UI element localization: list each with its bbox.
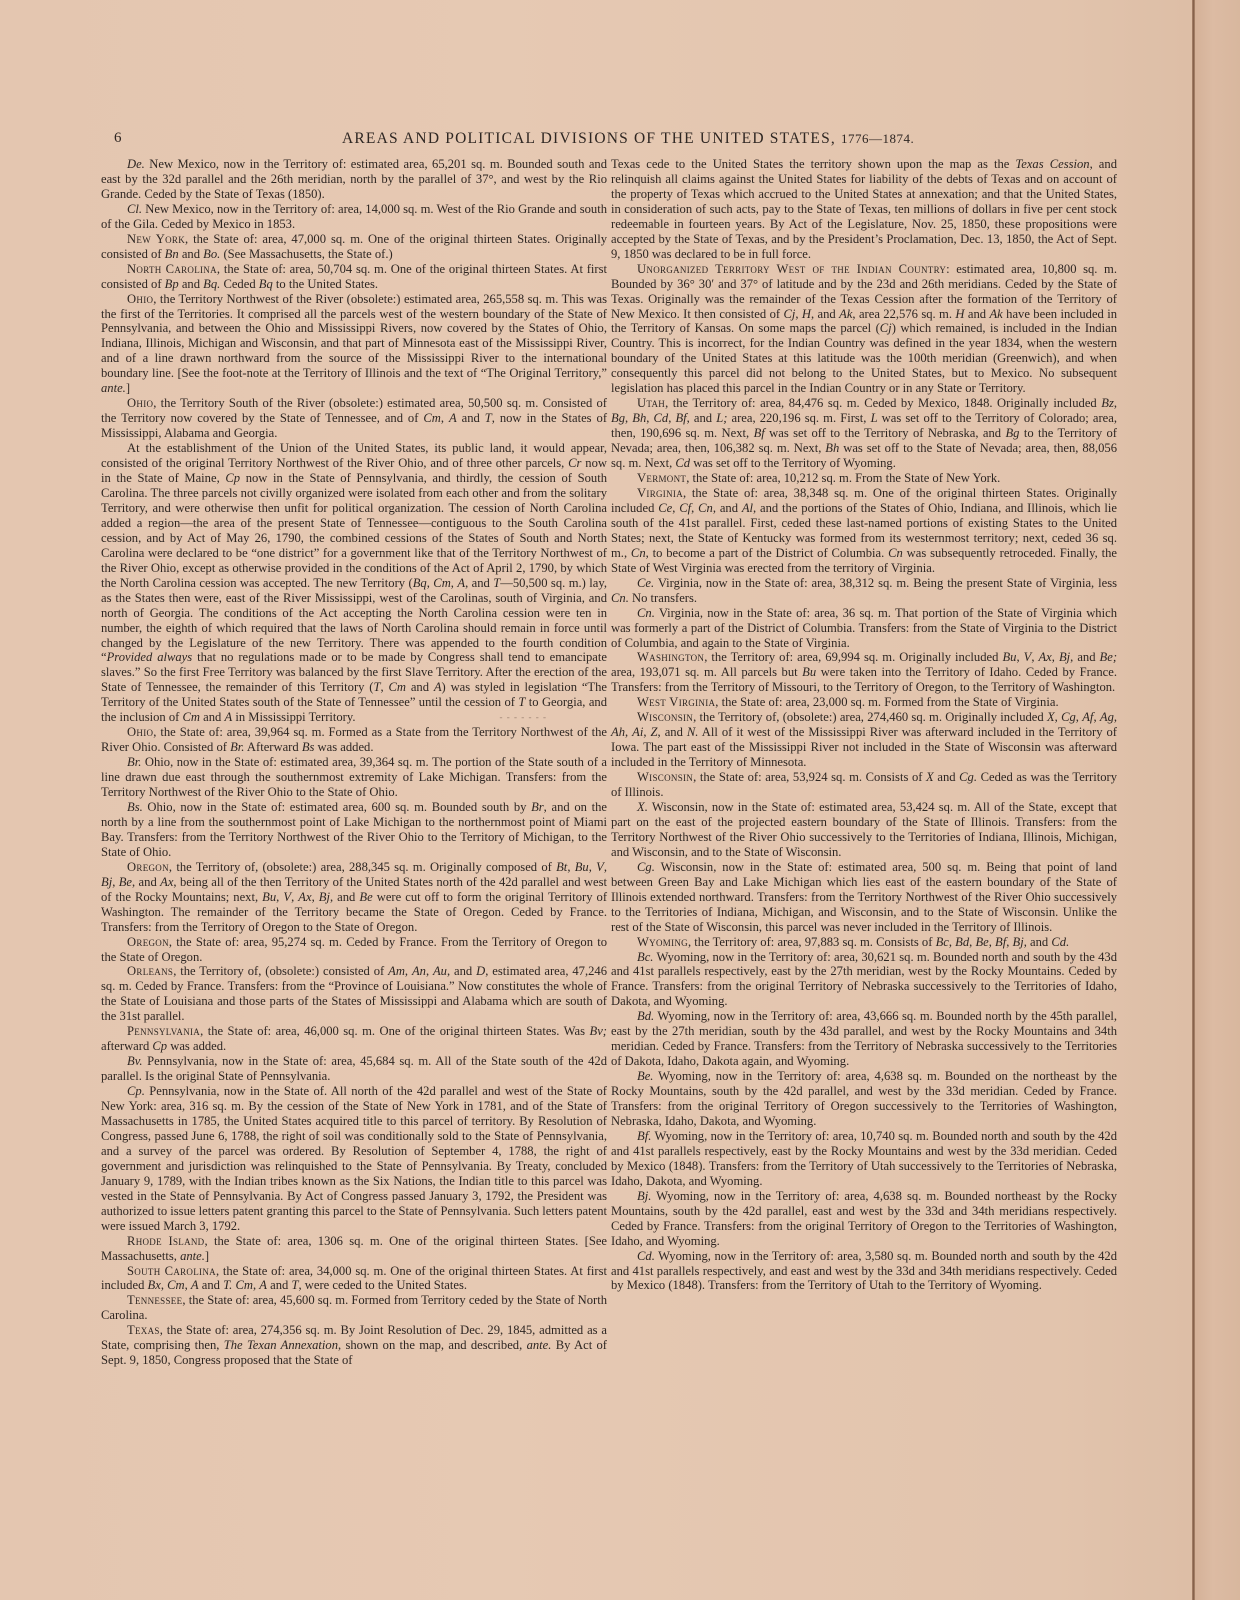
- entry-oregon-state: Oregon, the State of: area, 95,274 sq. m…: [101, 935, 607, 965]
- parcel-label: Provided always: [107, 650, 193, 664]
- parcel-label: Cd: [654, 411, 669, 425]
- page-title: AREAS AND POLITICAL DIVISIONS OF THE UNI…: [342, 130, 914, 148]
- entry-ohio-territory-northwest: Ohio, the Territory Northwest of the Riv…: [101, 292, 607, 397]
- entry-text: Wisconsin, now in the State of: estimate…: [611, 800, 1117, 859]
- page-number: 6: [114, 130, 122, 147]
- parcel-label: D: [476, 964, 485, 978]
- parcel-label: Cj: [783, 307, 795, 321]
- entry-west-virginia-state: West Virginia, the State of: area, 23,00…: [611, 695, 1117, 710]
- entry-heading: Utah: [637, 396, 665, 410]
- entry-text: , the Territory of, (obsolete:) area, 27…: [693, 710, 1047, 724]
- entry-bd-wyoming: Bd. Wyoming, now in the Territory of: ar…: [611, 1009, 1117, 1069]
- entry-text: Ohio, now in the State of: estimated are…: [101, 755, 607, 799]
- entry-text: Wyoming, now in the Territory of: area, …: [611, 1069, 1117, 1128]
- entry-text: and: [267, 1278, 291, 1292]
- entry-text: , the Territory of, (obsolete:) area, 28…: [169, 860, 556, 874]
- parcel-label: The Texan Annexation: [224, 1338, 338, 1352]
- parcel-label: V: [283, 890, 291, 904]
- entry-text: New Mexico, now in the Territory of: are…: [101, 202, 607, 231]
- entry-cg-wisconsin: Cg. Wisconsin, now in the State of: esti…: [611, 860, 1117, 935]
- parcel-label: Af: [1082, 710, 1093, 724]
- entry-text: ,: [646, 411, 653, 425]
- entry-text: ,: [643, 725, 650, 739]
- parcel-label: Cn: [888, 546, 903, 560]
- entry-ce-virginia: Ce. Virginia, now in the State of: area,…: [611, 576, 1117, 606]
- parcel-label: Ax: [298, 890, 311, 904]
- entry-text: and: [965, 307, 990, 321]
- entry-text: , and: [330, 890, 359, 904]
- parcel-label: Cp: [225, 471, 240, 485]
- entry-cl-new-mexico: Cl. New Mexico, now in the Territory of:…: [101, 202, 607, 232]
- parcel-label: L: [871, 411, 878, 425]
- parcel-label: Cm: [183, 710, 201, 724]
- entry-text: now in the State of Pennsylvania, and th…: [101, 471, 607, 590]
- parcel-label: Bf: [995, 935, 1006, 949]
- entry-text: and: [200, 710, 224, 724]
- parcel-label: Bv;: [590, 1024, 607, 1038]
- entry-bv-pennsylvania: Bv. Pennsylvania, now in the State of: a…: [101, 1054, 607, 1084]
- parcel-label: X: [1047, 710, 1055, 724]
- parcel-label: Bp: [165, 277, 179, 291]
- parcel-label: Cn.: [637, 606, 655, 620]
- parcel-label: X.: [637, 800, 648, 814]
- entry-text: was added.: [167, 1039, 226, 1053]
- parcel-label: Ce.: [637, 576, 654, 590]
- parcel-label: Bd: [955, 935, 969, 949]
- entry-text: , and: [1070, 650, 1099, 664]
- parcel-label: Bj.: [637, 1189, 651, 1203]
- parcel-label: Br.: [127, 755, 141, 769]
- entry-ohio-territory-south: Ohio, the Territory South of the River (…: [101, 396, 607, 441]
- entry-texas-state-continued: Texas cede to the United States the terr…: [611, 157, 1117, 262]
- entry-texas-state: Texas, the State of: area, 274,356 sq. m…: [101, 1323, 607, 1368]
- parcel-label: Bf: [675, 411, 686, 425]
- entry-text: Ceded: [220, 277, 258, 291]
- entry-text: , the State of: area, 10,212 sq. m. From…: [686, 471, 1000, 485]
- parcel-label: Be;: [1100, 650, 1117, 664]
- entry-text: , and: [687, 411, 717, 425]
- parcel-label: Cj: [880, 321, 892, 335]
- parcel-label: Bj: [319, 890, 330, 904]
- entry-text: , the Territory Northwest of the River (…: [101, 292, 607, 381]
- parcel-label: Bj: [1013, 935, 1024, 949]
- entry-heading: Oregon: [127, 935, 169, 949]
- parcel-label: ante.: [101, 381, 126, 395]
- entry-heading: Vermont: [637, 471, 686, 485]
- parcel-label: Bx: [148, 1278, 161, 1292]
- parcel-label: Cm: [167, 1278, 185, 1292]
- entry-heading: South Carolina: [127, 1264, 216, 1278]
- parcel-label: Cm: [388, 680, 406, 694]
- parcel-label: H: [802, 307, 811, 321]
- parcel-label: Bq: [259, 277, 273, 291]
- entry-rhode-island-state: Rhode Island, the State of: area, 1306 s…: [101, 1234, 607, 1264]
- entry-bc-wyoming: Bc. Wyoming, now in the Territory of: ar…: [611, 950, 1117, 1010]
- parcel-label: Bu: [262, 890, 276, 904]
- entry-text: Ohio, now in the State of: estimated are…: [143, 800, 531, 814]
- parcel-label: Bh: [825, 441, 839, 455]
- entry-text: , and relinquish all claims against the …: [611, 157, 1117, 261]
- entry-text: Wyoming, now in the Territory of: area, …: [611, 1249, 1117, 1293]
- entry-bj-wyoming: Bj. Wyoming, now in the Territory of: ar…: [611, 1189, 1117, 1249]
- parcel-label: Ax: [160, 875, 173, 889]
- parcel-label: T: [485, 411, 492, 425]
- parcel-label: Cp.: [127, 1084, 145, 1098]
- entry-text: ]: [126, 381, 130, 395]
- parcel-label: Be.: [637, 1069, 653, 1083]
- parcel-label: Cd.: [637, 1249, 655, 1263]
- parcel-label: H: [955, 307, 964, 321]
- parcel-label: Cn.: [611, 591, 629, 605]
- parcel-label: Bh: [632, 411, 646, 425]
- entry-text: ]: [205, 1249, 209, 1263]
- entry-washington-territory: Washington, the Territory of: area, 69,9…: [611, 650, 1117, 695]
- parcel-label: ante.: [180, 1249, 205, 1263]
- entry-oregon-territory: Oregon, the Territory of, (obsolete:) ar…: [101, 860, 607, 935]
- parcel-label: Cg.: [637, 860, 655, 874]
- facing-page-edge: [1195, 0, 1240, 1600]
- parcel-label: Bq.: [203, 277, 220, 291]
- parcel-label: Bs: [302, 740, 315, 754]
- parcel-label: V: [596, 860, 604, 874]
- entry-text: , the Territory of, (obsolete:) consiste…: [173, 964, 388, 978]
- entry-br-ohio: Br. Ohio, now in the State of: estimated…: [101, 755, 607, 800]
- entry-heading: Wisconsin: [637, 770, 693, 784]
- parcel-label: Bt: [556, 860, 567, 874]
- parcel-label: Au: [433, 964, 447, 978]
- page-title-text: AREAS AND POLITICAL DIVISIONS OF THE UNI…: [342, 130, 836, 147]
- entry-heading: Texas: [127, 1323, 160, 1337]
- entry-text: , shown on the map, and described,: [338, 1338, 527, 1352]
- entry-text: Afterward: [244, 740, 301, 754]
- parcel-label: Ai: [632, 725, 643, 739]
- entry-heading: Pennsylvania: [127, 1024, 200, 1038]
- entry-text: afterward: [101, 1039, 152, 1053]
- parcel-label: Bo.: [203, 247, 220, 261]
- right-column: Texas cede to the United States the terr…: [611, 157, 1117, 1293]
- parcel-label: Bv.: [127, 1054, 143, 1068]
- entry-heading: Oregon: [127, 860, 169, 874]
- entry-text: No transfers.: [629, 591, 697, 605]
- entry-text: Wyoming, now in the Territory of: area, …: [611, 1189, 1117, 1248]
- parcel-label: Bu: [575, 860, 589, 874]
- parcel-label: Be: [359, 890, 372, 904]
- book-page: 6 AREAS AND POLITICAL DIVISIONS OF THE U…: [0, 0, 1240, 1600]
- entry-cn-virginia: Cn. Virginia, now in the State of: area,…: [611, 606, 1117, 651]
- entry-text: , and: [811, 307, 839, 321]
- entry-virginia-state: Virginia, the State of: area, 38,348 sq.…: [611, 486, 1117, 576]
- parcel-label: T.: [223, 1278, 232, 1292]
- parcel-label: Cl.: [127, 202, 142, 216]
- running-head: 6 AREAS AND POLITICAL DIVISIONS OF THE U…: [104, 130, 1116, 150]
- parcel-label: Bz: [1101, 396, 1114, 410]
- parcel-label: An: [412, 964, 426, 978]
- entry-text: Wisconsin, now in the State of: estimate…: [611, 860, 1117, 934]
- entry-text: , and: [1024, 935, 1052, 949]
- parcel-label: N.: [687, 725, 699, 739]
- parcel-label: Br: [531, 800, 544, 814]
- entry-new-york-state: New York, the State of: area, 47,000 sq.…: [101, 232, 607, 262]
- entry-heading: Ohio: [127, 396, 153, 410]
- entry-text: Wyoming, now in the Territory of: area, …: [611, 950, 1117, 1009]
- parcel-label: Ax: [1038, 650, 1051, 664]
- parcel-label: Ah: [611, 725, 625, 739]
- entry-heading: Rhode Island: [127, 1234, 205, 1248]
- entry-establishment-of-union: At the establishment of the Union of the…: [101, 441, 607, 725]
- entry-be-wyoming: Be. Wyoming, now in the Territory of: ar…: [611, 1069, 1117, 1129]
- entry-heading: Tennessee: [127, 1293, 182, 1307]
- parcel-label: Cf: [679, 501, 691, 515]
- entry-heading: New York: [127, 232, 185, 246]
- parcel-label: Bd.: [637, 1009, 654, 1023]
- parcel-label: Cr: [568, 456, 581, 470]
- entry-text: ,: [426, 964, 433, 978]
- parcel-label: Bf.: [637, 1129, 651, 1143]
- entry-unorganized-territory: Unorganized Territory West of the Indian…: [611, 262, 1117, 397]
- entry-text: ,: [604, 860, 607, 874]
- parcel-label: Cm: [433, 576, 451, 590]
- entry-text: , the State of: area, 23,000 sq. m. Form…: [715, 695, 1058, 709]
- parcel-label: Bu: [1002, 650, 1016, 664]
- entry-heading: Ohio: [127, 725, 153, 739]
- entry-cd-wyoming: Cd. Wyoming, now in the Territory of: ar…: [611, 1249, 1117, 1294]
- entry-text: At the establishment of the Union of the…: [101, 441, 607, 470]
- parcel-label: Texas Cession: [1015, 157, 1089, 171]
- parcel-label: Cm: [235, 1278, 253, 1292]
- entry-text: and: [179, 277, 203, 291]
- entry-wisconsin-state: Wisconsin, the State of: area, 53,924 sq…: [611, 770, 1117, 800]
- entry-text: , were ceded to the United States.: [298, 1278, 467, 1292]
- entry-text: (See Massachusetts, the State of.): [220, 247, 392, 261]
- entry-heading: Virginia: [637, 486, 683, 500]
- entry-text: , and: [465, 576, 493, 590]
- entry-text: , and: [713, 501, 742, 515]
- entry-heading: Ohio: [127, 292, 153, 306]
- entry-text: area, 193,071 sq. m. All parcels but: [611, 665, 802, 679]
- entry-de-new-mexico: De. New Mexico, now in the Territory of:…: [101, 157, 607, 202]
- parcel-label: A: [457, 576, 465, 590]
- entry-cp-pennsylvania: Cp. Pennsylvania, now in the State of. A…: [101, 1084, 607, 1234]
- parcel-label: A: [434, 680, 442, 694]
- parcel-label: Bg: [1005, 426, 1019, 440]
- entry-text: , and: [132, 875, 160, 889]
- entry-x-wisconsin: X. Wisconsin, now in the State of: estim…: [611, 800, 1117, 860]
- parcel-label: Ce: [658, 501, 672, 515]
- parcel-label: Cm: [423, 411, 441, 425]
- entry-text: ,: [1114, 396, 1117, 410]
- entry-south-carolina-state: South Carolina, the State of: area, 34,0…: [101, 1264, 607, 1294]
- entry-text: Wyoming, now in the Territory of: area, …: [611, 1129, 1117, 1188]
- parcel-label: A: [191, 1278, 199, 1292]
- entry-heading: Unorganized Territory West of the Indian…: [637, 262, 946, 276]
- entry-text: ,: [441, 411, 449, 425]
- parcel-label: Cg.: [959, 770, 977, 784]
- entry-text: , to become a part of the District of Co…: [646, 546, 889, 560]
- parcel-label: Ak: [839, 307, 852, 321]
- entry-text: Virginia, now in the State of: area, 36 …: [611, 606, 1117, 650]
- entry-text: was added.: [314, 740, 373, 754]
- entry-text: Pennsylvania, now in the State of: area,…: [101, 1054, 607, 1083]
- entry-utah-territory: Utah, the Territory of: area, 84,476 sq.…: [611, 396, 1117, 471]
- entry-text: , the State of: area, 53,924 sq. m. Cons…: [693, 770, 926, 784]
- entry-text: and: [199, 1278, 223, 1292]
- parcel-label: Cd.: [1051, 935, 1069, 949]
- entry-heading: Wyoming: [637, 935, 688, 949]
- entry-text: , area 22,576 sq. m.: [852, 307, 955, 321]
- parcel-label: X: [926, 770, 934, 784]
- parcel-label: Be: [975, 935, 988, 949]
- entry-text: and: [457, 411, 485, 425]
- entry-text: Pennsylvania, now in the State of. All n…: [101, 1084, 607, 1233]
- entry-text: Virginia, now in the State of: area, 38,…: [654, 576, 1117, 590]
- entry-wyoming-territory: Wyoming, the Territory of: area, 97,883 …: [611, 935, 1117, 950]
- parcel-label: Bc: [936, 935, 949, 949]
- parcel-label: Ak: [989, 307, 1002, 321]
- entry-text: , the State of: area, 95,274 sq. m. Cede…: [101, 935, 607, 964]
- entry-bf-wyoming: Bf. Wyoming, now in the Territory of: ar…: [611, 1129, 1117, 1189]
- parcel-label: Z: [651, 725, 658, 739]
- entry-text: , the State of: area, 46,000 sq. m. One …: [200, 1024, 589, 1038]
- parcel-label: Bj: [1059, 650, 1070, 664]
- parcel-label: De.: [127, 157, 145, 171]
- entry-orleans-territory: Orleans, the Territory of, (obsolete:) c…: [101, 964, 607, 1024]
- entry-text: , and: [658, 725, 687, 739]
- parcel-label: Al: [742, 501, 753, 515]
- entry-text: was set off to the Territory of Nebraska…: [765, 426, 1006, 440]
- entry-text: Wyoming, now in the Territory of: area, …: [611, 1009, 1117, 1068]
- entry-heading: Wisconsin: [637, 710, 693, 724]
- parcel-label: Cp: [152, 1039, 167, 1053]
- parcel-label: Bs.: [127, 800, 143, 814]
- entry-pennsylvania-state: Pennsylvania, the State of: area, 46,000…: [101, 1024, 607, 1054]
- entry-text: , and: [447, 964, 476, 978]
- entry-heading: North Carolina: [127, 262, 217, 276]
- entry-vermont-state: Vermont, the State of: area, 10,212 sq. …: [611, 471, 1117, 486]
- parcel-label: Bn: [165, 247, 179, 261]
- parcel-label: Br.: [230, 740, 244, 754]
- entry-text: ,: [567, 860, 574, 874]
- entry-heading: Orleans: [127, 964, 173, 978]
- parcel-label: Cg: [1061, 710, 1076, 724]
- parcel-label: Cd: [675, 456, 690, 470]
- entry-text: and: [934, 770, 959, 784]
- parcel-label: Bf: [754, 426, 765, 440]
- parcel-label: Ag: [1100, 710, 1114, 724]
- parcel-label: L;: [716, 411, 727, 425]
- entry-text: ,: [1114, 710, 1117, 724]
- parcel-label: T: [373, 680, 380, 694]
- entry-text: , the Territory of: area, 84,476 sq. m. …: [665, 396, 1101, 410]
- entry-text: , the Territory of: area, 69,994 sq. m. …: [704, 650, 1002, 664]
- entry-text: Texas cede to the United States the terr…: [611, 157, 1015, 171]
- entry-text: to the United States.: [273, 277, 378, 291]
- parcel-label: Be: [119, 875, 132, 889]
- parcel-label: Cn: [631, 546, 646, 560]
- entry-text: , the Territory of: area, 97,883 sq. m. …: [688, 935, 936, 949]
- entry-text: area, 220,196 sq. m. First,: [727, 411, 870, 425]
- entry-text: ,: [405, 964, 412, 978]
- entry-heading: West Virginia: [637, 695, 715, 709]
- entry-ohio-state: Ohio, the State of: area, 39,964 sq. m. …: [101, 725, 607, 755]
- parcel-label: ante.: [527, 1338, 552, 1352]
- left-column: De. New Mexico, now in the Territory of:…: [101, 157, 607, 1368]
- entry-bs-ohio: Bs. Ohio, now in the State of: estimated…: [101, 800, 607, 860]
- parcel-label: Bc.: [637, 950, 653, 964]
- entry-wisconsin-territory: Wisconsin, the Territory of, (obsolete:)…: [611, 710, 1117, 770]
- parcel-label: Cn: [698, 501, 713, 515]
- entry-text: in Mississippi Territory.: [232, 710, 355, 724]
- parcel-label: A: [259, 1278, 267, 1292]
- entry-heading: Washington: [637, 650, 704, 664]
- parcel-label: Bj: [101, 875, 112, 889]
- entry-text: and: [179, 247, 203, 261]
- entry-text: New Mexico, now in the Territory of: est…: [101, 157, 607, 201]
- parcel-label: Bg: [611, 411, 625, 425]
- entry-north-carolina-state: North Carolina, the State of: area, 50,7…: [101, 262, 607, 292]
- entry-text: ,: [312, 890, 319, 904]
- entry-tennessee-state: Tennessee, the State of: area, 45,600 sq…: [101, 1293, 607, 1323]
- parcel-label: A: [449, 411, 457, 425]
- parcel-label: Bu: [802, 665, 816, 679]
- page-title-years: 1776—1874.: [841, 131, 914, 146]
- entry-text: and: [406, 680, 434, 694]
- parcel-label: Am: [388, 964, 405, 978]
- entry-text: was set off to the Territory of Wyoming.: [690, 456, 896, 470]
- entry-text: ,: [1052, 650, 1059, 664]
- entry-text: ,: [1016, 650, 1023, 664]
- parcel-label: Bq: [413, 576, 427, 590]
